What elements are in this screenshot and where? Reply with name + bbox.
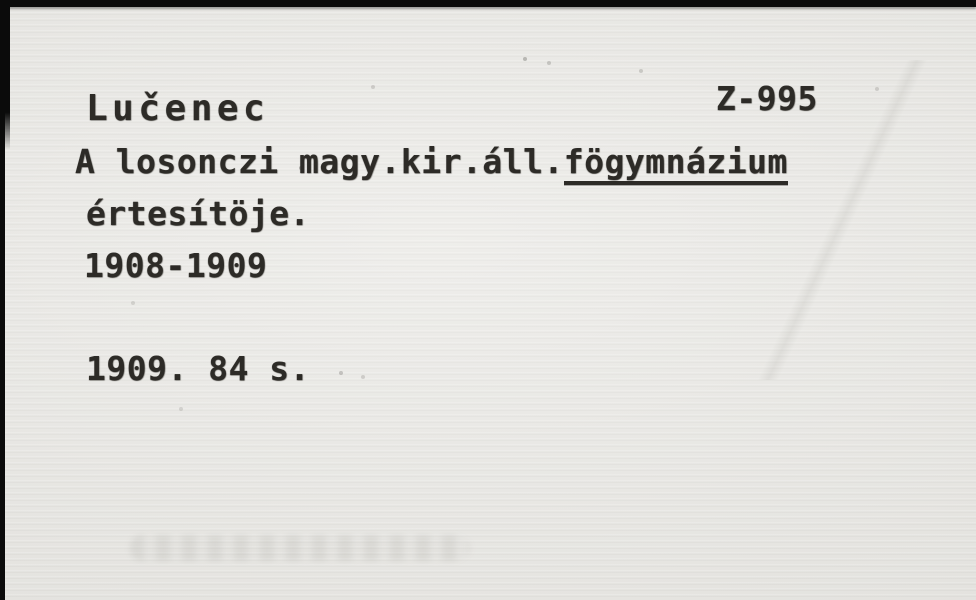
card-heading-place-name: Lučenec	[86, 89, 269, 129]
catalog-card-scan: Lučenec Z-995 A losonczi magy.kir.áll.fö…	[0, 0, 976, 600]
card-imprint: 1909. 84 s.	[86, 349, 310, 389]
scan-edge-left-corner	[0, 0, 10, 150]
card-school-years: 1908-1909	[84, 246, 267, 286]
card-title-prefix: A losonczi magy.kir.áll.	[75, 142, 564, 181]
card-title-line: A losonczi magy.kir.áll.fögymnázium	[75, 142, 788, 182]
scan-specks	[0, 0, 2, 2]
scan-ghost-smudge	[130, 535, 470, 561]
card-call-number: Z-995	[716, 79, 818, 119]
card-title-underlined-word: fögymnázium	[564, 142, 788, 185]
scan-edge-top	[0, 0, 976, 7]
card-title-continuation: értesítöje.	[86, 194, 310, 234]
